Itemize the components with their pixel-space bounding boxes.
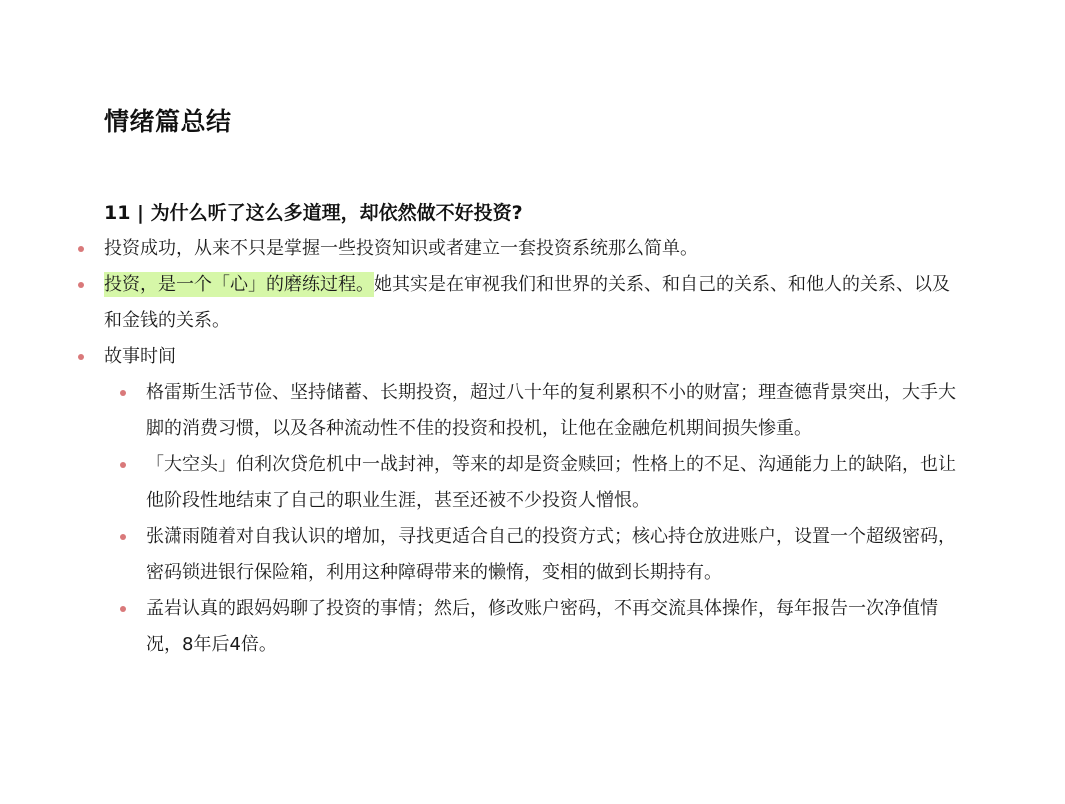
bullet-icon [120, 606, 126, 612]
sublist-item-text: 张潇雨随着对自我认识的增加，寻找更适合自己的投资方式；核心持仓放进账户，设置一个… [146, 526, 956, 583]
bullet-icon [120, 390, 126, 396]
list-item-text: 投资成功，从来不只是掌握一些投资知识或者建立一套投资系统那么简单。 [104, 238, 698, 259]
document-title: 情绪篇总结 [104, 104, 232, 140]
sublist-item-text: 「大空头」伯利次贷危机中一战封神，等来的却是资金赎回；性格上的不足、沟通能力上的… [146, 454, 956, 511]
bullet-icon [120, 534, 126, 540]
sublist-item: 格雷斯生活节俭、坚持储蓄、长期投资，超过八十年的复利累积不小的财富；理查德背景突… [146, 375, 964, 447]
list-item: 投资成功，从来不只是掌握一些投资知识或者建立一套投资系统那么简单。 [104, 231, 964, 267]
highlighted-text: 投资，是一个「心」的磨练过程。 [104, 272, 374, 297]
bullet-icon [78, 282, 84, 288]
list-item: 故事时间 格雷斯生活节俭、坚持储蓄、长期投资，超过八十年的复利累积不小的财富；理… [104, 339, 964, 663]
sublist-item: 孟岩认真的跟妈妈聊了投资的事情；然后，修改账户密码，不再交流具体操作，每年报告一… [146, 591, 964, 663]
sublist-item-text: 格雷斯生活节俭、坚持储蓄、长期投资，超过八十年的复利累积不小的财富；理查德背景突… [146, 382, 956, 439]
bullet-icon [78, 354, 84, 360]
summary-list: 投资成功，从来不只是掌握一些投资知识或者建立一套投资系统那么简单。 投资，是一个… [104, 231, 964, 663]
document-page: 情绪篇总结 11 | 为什么听了这么多道理，却依然做不好投资? 投资成功，从来不… [0, 0, 1065, 804]
sublist-item: 「大空头」伯利次贷危机中一战封神，等来的却是资金赎回；性格上的不足、沟通能力上的… [146, 447, 964, 519]
sublist-item: 张潇雨随着对自我认识的增加，寻找更适合自己的投资方式；核心持仓放进账户，设置一个… [146, 519, 964, 591]
sublist-item-text: 孟岩认真的跟妈妈聊了投资的事情；然后，修改账户密码，不再交流具体操作，每年报告一… [146, 598, 938, 655]
bullet-icon [120, 462, 126, 468]
story-sublist: 格雷斯生活节俭、坚持储蓄、长期投资，超过八十年的复利累积不小的财富；理查德背景突… [104, 375, 964, 663]
list-item: 投资，是一个「心」的磨练过程。她其实是在审视我们和世界的关系、和自己的关系、和他… [104, 267, 964, 339]
bullet-icon [78, 246, 84, 252]
list-item-text: 故事时间 [104, 346, 176, 367]
section-heading: 11 | 为什么听了这么多道理，却依然做不好投资? [104, 198, 523, 228]
